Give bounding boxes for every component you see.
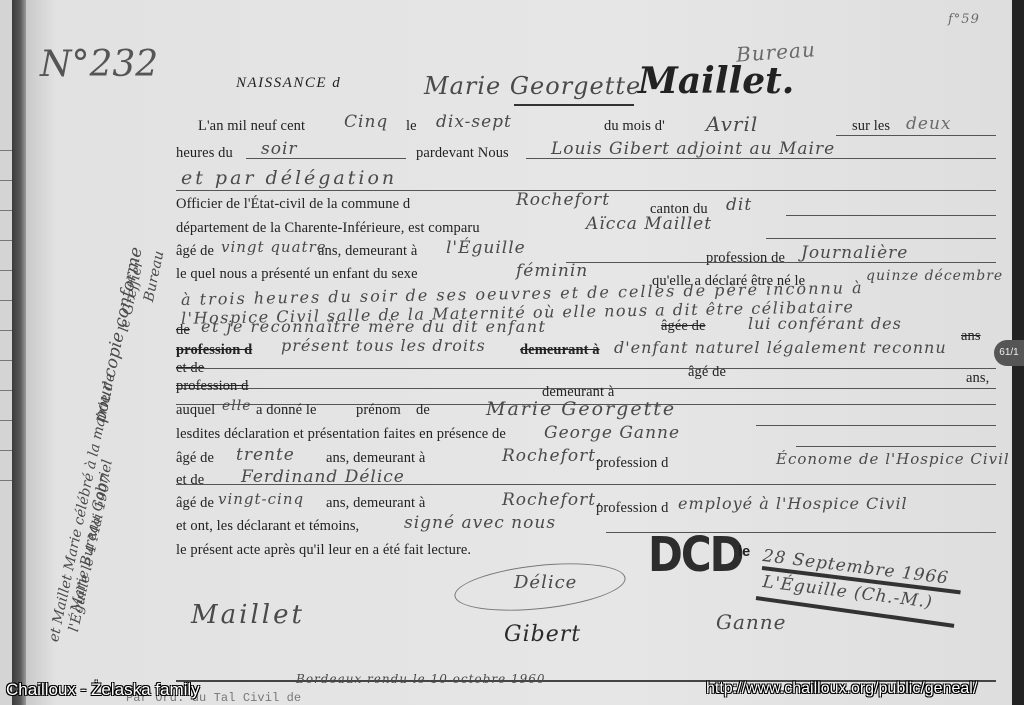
text-et-de-2: et de (176, 472, 204, 489)
text-profession-struck-2: profession d (176, 378, 248, 395)
birth-record-page: N°232 f°59 Bureau NAISSANCE d Marie Geor… (26, 0, 1010, 705)
hand-witness-1-residence: Rochefort, (502, 446, 602, 466)
page-indicator[interactable]: 61/1 (994, 340, 1024, 366)
hand-witness-2-age: vingt-cinq (218, 490, 304, 508)
hand-witness-2-profession: employé à l'Hospice Civil (678, 494, 908, 513)
hand-witness-2: Ferdinand Délice (241, 467, 405, 487)
hand-sex: féminin (516, 261, 588, 281)
text-presente: le quel nous a présenté un enfant du sex… (176, 266, 418, 283)
text-age-de: âgé de (176, 243, 214, 260)
text-le: le (406, 118, 417, 135)
signature-flourish (452, 556, 628, 618)
text-agee-de-struck: âgée de (661, 318, 706, 335)
line-rule (796, 446, 996, 447)
hand-signe-avec-nous: signé avec nous (404, 513, 556, 533)
text-pardevant-nous: pardevant Nous (416, 145, 509, 162)
line-rule (176, 368, 996, 369)
line-rule (836, 135, 996, 136)
watermark-url: http://www.chailloux.org/public/geneal/ (706, 680, 977, 698)
hand-given-names: Marie Georgette (486, 398, 676, 420)
hand-commune: Rochefort (516, 190, 610, 210)
text-de: de (416, 402, 430, 419)
text-month-label: du mois d' (604, 118, 665, 135)
text-ans-2: ans, (966, 370, 989, 387)
text-profession: profession de (706, 250, 785, 267)
text-ont-signe: et ont, les déclarant et témoins, (176, 518, 359, 535)
hand-residence: l'Éguille (446, 238, 526, 258)
book-spine (12, 0, 26, 705)
text-a-donne: a donné le (256, 402, 317, 419)
hand-witness-1: George Ganne (544, 423, 680, 443)
text-profession-struck: profession d (176, 342, 252, 359)
text-age-de-3: âgé de (176, 450, 214, 467)
document-viewer: N°232 f°59 Bureau NAISSANCE d Marie Geor… (0, 0, 1024, 705)
line-rule (756, 425, 996, 426)
text-ans-demeurant-2: ans, demeurant à (326, 450, 425, 467)
text-heures-du: heures du (176, 145, 233, 162)
hand-day: dix-sept (436, 112, 512, 132)
signature-gibert: Gibert (504, 622, 581, 647)
hand-witness-1-age: trente (236, 445, 295, 465)
text-age-de-4: âgé de (176, 495, 214, 512)
hand-declarant: Aïcca Maillet (586, 214, 712, 234)
text-prenom: prénom (356, 402, 401, 419)
hand-elle: elle (222, 398, 252, 414)
line-rule (786, 215, 996, 216)
text-sur-les: sur les (852, 118, 890, 135)
text-age-de-2: âgé de (688, 364, 726, 381)
text-ans-demeurant-3: ans, demeurant à (326, 495, 425, 512)
text-presence: lesdites déclaration et présentation fai… (176, 426, 506, 443)
hand-witness-1-profession: Économe de l'Hospice Civil (776, 450, 1010, 468)
line-rule (766, 238, 996, 239)
hand-witness-2-residence: Rochefort, (502, 490, 602, 510)
hand-declarant-age: vingt quatre (221, 238, 327, 256)
hand-hour: deux (906, 114, 951, 134)
watermark-family: Chailloux - Żelaska family (6, 680, 200, 700)
line-rule (566, 262, 996, 263)
hand-canton: dit (726, 195, 752, 215)
hand-natural-child: d'enfant naturel légalement reconnu (614, 338, 947, 357)
text-departement: département de la Charente-Inférieure, e… (176, 220, 480, 237)
hand-official-name: Louis Gibert adjoint au Maire (551, 139, 835, 159)
signature-ganne: Ganne (716, 610, 787, 634)
name-underline (514, 104, 634, 106)
text-officier: Officier de l'État-civil de la commune d (176, 196, 410, 213)
deceased-stamp: DCD (648, 526, 743, 582)
hand-bottom-note: Bordeaux rendu le 10 octobre 1960 (296, 672, 546, 686)
text-closing: le présent acte après qu'il leur en a ét… (176, 542, 471, 559)
child-surname: Maillet. (638, 60, 794, 102)
hand-month: Avril (706, 112, 758, 136)
text-auquel: auquel (176, 402, 215, 419)
text-demeurant-struck: demeurant à (520, 342, 600, 359)
text-year-intro: L'an mil neuf cent (198, 118, 305, 135)
text-ans-demeurant: ans, demeurant à (318, 243, 417, 260)
hand-profession: Journalière (801, 243, 908, 263)
folio-number: f°59 (948, 12, 980, 27)
record-title-label: NAISSANCE d (236, 75, 341, 92)
text-ans-struck: ans (961, 328, 981, 345)
line-rule (246, 158, 406, 159)
hand-recognition: et je reconnaître mère du dit enfant (201, 317, 546, 336)
hand-rights: présent tous les droits (281, 336, 486, 355)
text-death-le: le (738, 544, 750, 560)
line-rule (526, 158, 996, 159)
hand-birth-date: quinze décembre (866, 268, 1003, 284)
text-de-struck: de (176, 322, 190, 339)
record-number: N°232 (40, 44, 158, 85)
child-given-names: Marie Georgette (424, 72, 641, 100)
hand-soir: soir (261, 139, 298, 159)
signature-maillet: Maillet (191, 600, 305, 630)
hand-delegation: et par délégation (181, 167, 397, 189)
text-profession-3: profession d (596, 455, 668, 472)
text-profession-4: profession d (596, 500, 668, 517)
hand-conferring: lui conférant des (748, 314, 902, 333)
hand-year: Cinq (344, 112, 388, 132)
